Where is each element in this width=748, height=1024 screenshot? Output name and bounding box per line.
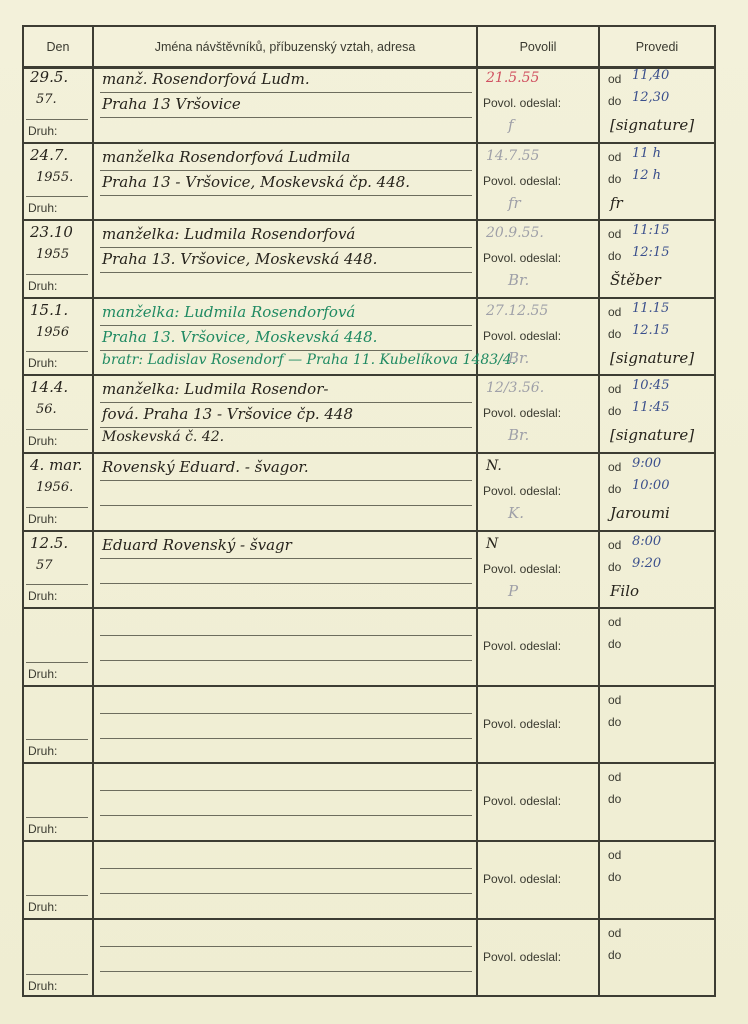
povolil-cell: N. Povol. odeslal: K. — [478, 454, 600, 530]
provedi-cell: od do 8:00 9:20 Filo — [600, 532, 714, 608]
povol-odeslal-label: Povol. odeslal: — [483, 717, 561, 731]
den-cell: 23.10 1955 Druh: — [24, 221, 94, 297]
den-cell: 14.4. 56. Druh: — [24, 376, 94, 452]
approver-initials: Br. — [508, 271, 529, 289]
povolil-cell: Povol. odeslal: — [478, 920, 600, 998]
provedi-cell: od do 11:15 12:15 Štěber — [600, 221, 714, 297]
od-label: od — [608, 770, 621, 784]
time-from: 11.15 — [632, 301, 669, 316]
od-label: od — [608, 72, 621, 86]
time-from: 8:00 — [632, 534, 661, 549]
druh-label: Druh: — [28, 667, 57, 681]
den-cell: Druh: — [24, 687, 94, 763]
visitor-line-1: Eduard Rovenský - švagr — [102, 536, 292, 554]
ruled-line — [100, 558, 472, 559]
visit-day: 29.5. — [30, 68, 68, 86]
ruled-line — [100, 350, 472, 351]
do-label: do — [608, 404, 621, 418]
ruled-line — [100, 427, 472, 428]
ruled-line — [100, 583, 472, 584]
od-label: od — [608, 693, 621, 707]
header-povolil: Povolil — [478, 27, 600, 66]
provedi-cell: od do — [600, 842, 714, 918]
visits-table: Den Jména návštěvníků, příbuzenský vztah… — [22, 25, 716, 997]
names-cell: manželka Rosendorfová Ludmila Praha 13 -… — [94, 144, 478, 220]
approval-date: 20.9.55. — [486, 225, 544, 241]
header-names: Jména návštěvníků, příbuzenský vztah, ad… — [94, 27, 478, 66]
approval-date: 14.7.55 — [486, 148, 539, 164]
den-cell: Druh: — [24, 609, 94, 685]
provedi-cell: od do — [600, 609, 714, 685]
provedi-cell: od do 10:45 11:45 [signature] — [600, 376, 714, 452]
time-to: 11:45 — [632, 400, 669, 415]
divider — [26, 429, 88, 430]
ruled-line — [100, 402, 472, 403]
visit-day: 14.4. — [30, 378, 68, 396]
ruled-line — [100, 272, 472, 273]
ruled-line — [100, 92, 472, 93]
visit-day: 4. mar. — [30, 456, 83, 474]
names-cell: manž. Rosendorfová Ludm. Praha 13 Vršovi… — [94, 66, 478, 142]
do-label: do — [608, 94, 621, 108]
do-label: do — [608, 560, 621, 574]
visitor-line-3: bratr: Ladislav Rosendorf — Praha 11. Ku… — [102, 352, 516, 368]
names-cell — [94, 609, 478, 685]
od-label: od — [608, 615, 621, 629]
povolil-cell: N Povol. odeslal: P — [478, 532, 600, 608]
divider — [26, 119, 88, 120]
povolil-cell: Povol. odeslal: — [478, 842, 600, 918]
visit-day: 12.5. — [30, 534, 68, 552]
visit-year: 56. — [36, 402, 57, 417]
approver-initials: Br. — [508, 426, 529, 444]
table-header: Den Jména návštěvníků, příbuzenský vztah… — [24, 27, 714, 69]
divider — [26, 662, 88, 663]
approval-date: N — [486, 536, 498, 552]
den-cell: 15.1. 1956 Druh: — [24, 299, 94, 375]
povolil-cell: Povol. odeslal: — [478, 609, 600, 685]
table-row: Druh: Povol. odeslal: od do — [24, 764, 714, 842]
time-from: 9:00 — [632, 456, 661, 471]
visitor-line-2: Praha 13 Vršovice — [102, 95, 241, 113]
den-cell: Druh: — [24, 920, 94, 998]
names-cell: manželka: Ludmila Rosendorfová Praha 13.… — [94, 299, 478, 375]
officer-signature: Filo — [610, 582, 639, 600]
time-to: 12 h — [632, 168, 661, 183]
do-label: do — [608, 637, 621, 651]
druh-label: Druh: — [28, 434, 57, 448]
od-label: od — [608, 460, 621, 474]
names-cell: manželka: Ludmila Rosendor- fová. Praha … — [94, 376, 478, 452]
divider — [26, 739, 88, 740]
approval-date: N. — [486, 458, 502, 474]
visit-year: 1956 — [36, 325, 69, 340]
ruled-line — [100, 868, 472, 869]
povol-odeslal-label: Povol. odeslal: — [483, 639, 561, 653]
names-cell: Rovenský Eduard. - švagor. — [94, 454, 478, 530]
visitor-line-1: manželka: Ludmila Rosendor- — [102, 380, 328, 398]
approver-initials: K. — [508, 504, 524, 522]
visitor-line-1: manž. Rosendorfová Ludm. — [102, 70, 310, 88]
povolil-cell: Povol. odeslal: — [478, 764, 600, 840]
povolil-cell: 12/3.56. Povol. odeslal: Br. — [478, 376, 600, 452]
od-label: od — [608, 150, 621, 164]
ruled-line — [100, 738, 472, 739]
time-to: 12.15 — [632, 323, 669, 338]
ruled-line — [100, 117, 472, 118]
divider — [26, 974, 88, 975]
druh-label: Druh: — [28, 589, 57, 603]
ruled-line — [100, 247, 472, 248]
druh-label: Druh: — [28, 900, 57, 914]
visitor-line-1: manželka Rosendorfová Ludmila — [102, 148, 350, 166]
druh-label: Druh: — [28, 356, 57, 370]
time-from: 11:15 — [632, 223, 669, 238]
druh-label: Druh: — [28, 201, 57, 215]
officer-signature: [signature] — [610, 426, 694, 444]
approver-initials: f — [508, 116, 514, 134]
time-to: 9:20 — [632, 556, 661, 571]
table-row: 29.5. 57. Druh: manž. Rosendorfová Ludm.… — [24, 66, 714, 144]
do-label: do — [608, 482, 621, 496]
povol-odeslal-label: Povol. odeslal: — [483, 174, 561, 188]
povol-odeslal-label: Povol. odeslal: — [483, 950, 561, 964]
do-label: do — [608, 870, 621, 884]
den-cell: 29.5. 57. Druh: — [24, 66, 94, 142]
officer-signature: [signature] — [610, 116, 694, 134]
do-label: do — [608, 792, 621, 806]
table-row: 12.5. 57 Druh: Eduard Rovenský - švagr N… — [24, 532, 714, 610]
visitor-line-1: Rovenský Eduard. - švagor. — [102, 458, 309, 476]
divider — [26, 196, 88, 197]
den-cell: 4. mar. 1956. Druh: — [24, 454, 94, 530]
povol-odeslal-label: Povol. odeslal: — [483, 406, 561, 420]
povol-odeslal-label: Povol. odeslal: — [483, 251, 561, 265]
povol-odeslal-label: Povol. odeslal: — [483, 96, 561, 110]
ruled-line — [100, 635, 472, 636]
table-row: 4. mar. 1956. Druh: Rovenský Eduard. - š… — [24, 454, 714, 532]
provedi-cell: od do — [600, 920, 714, 998]
names-cell: manželka: Ludmila Rosendorfová Praha 13.… — [94, 221, 478, 297]
visit-day: 15.1. — [30, 301, 68, 319]
approval-date: 21.5.55 — [486, 70, 539, 86]
povol-odeslal-label: Povol. odeslal: — [483, 484, 561, 498]
druh-label: Druh: — [28, 979, 57, 993]
approver-initials: fr — [508, 194, 521, 212]
den-cell: 24.7. 1955. Druh: — [24, 144, 94, 220]
ruled-line — [100, 505, 472, 506]
names-cell — [94, 842, 478, 918]
povol-odeslal-label: Povol. odeslal: — [483, 562, 561, 576]
ruled-line — [100, 946, 472, 947]
ruled-line — [100, 480, 472, 481]
visit-year: 57 — [36, 558, 53, 573]
officer-signature: fr — [610, 194, 623, 212]
officer-signature: Jaroumi — [610, 504, 670, 522]
od-label: od — [608, 926, 621, 940]
time-to: 12:15 — [632, 245, 669, 260]
od-label: od — [608, 382, 621, 396]
od-label: od — [608, 227, 621, 241]
approver-initials: Br. — [508, 349, 529, 367]
table-row: Druh: Povol. odeslal: od do — [24, 842, 714, 920]
visitor-line-3: Moskevská č. 42. — [102, 429, 224, 445]
provedi-cell: od do 11,40 12,30 [signature] — [600, 66, 714, 142]
den-cell: Druh: — [24, 842, 94, 918]
divider — [26, 507, 88, 508]
time-to: 12,30 — [632, 90, 669, 105]
od-label: od — [608, 305, 621, 319]
visitor-line-2: fová. Praha 13 - Vršovice čp. 448 — [102, 405, 353, 423]
header-provedi: Provedi — [600, 27, 714, 66]
table-body: 29.5. 57. Druh: manž. Rosendorfová Ludm.… — [24, 66, 714, 997]
ruled-line — [100, 713, 472, 714]
ruled-line — [100, 893, 472, 894]
provedi-cell: od do — [600, 764, 714, 840]
povolil-cell: 27.12.55 Povol. odeslal: Br. — [478, 299, 600, 375]
ruled-line — [100, 971, 472, 972]
officer-signature: [signature] — [610, 349, 694, 367]
table-row: Druh: Povol. odeslal: od do — [24, 609, 714, 687]
provedi-cell: od do 11.15 12.15 [signature] — [600, 299, 714, 375]
den-cell: Druh: — [24, 764, 94, 840]
ruled-line — [100, 325, 472, 326]
approval-date: 27.12.55 — [486, 303, 548, 319]
povolil-cell: 14.7.55 Povol. odeslal: fr — [478, 144, 600, 220]
divider — [26, 584, 88, 585]
do-label: do — [608, 249, 621, 263]
visitor-line-2: Praha 13. Vršovice, Moskevská 448. — [102, 250, 377, 268]
do-label: do — [608, 172, 621, 186]
do-label: do — [608, 948, 621, 962]
time-from: 11 h — [632, 146, 661, 161]
druh-label: Druh: — [28, 512, 57, 526]
povol-odeslal-label: Povol. odeslal: — [483, 794, 561, 808]
visitor-line-2: Praha 13 - Vršovice, Moskevská čp. 448. — [102, 173, 410, 191]
table-row: 15.1. 1956 Druh: manželka: Ludmila Rosen… — [24, 299, 714, 377]
visit-year: 1955. — [36, 170, 73, 185]
table-row: Druh: Povol. odeslal: od do — [24, 920, 714, 998]
table-row: 23.10 1955 Druh: manželka: Ludmila Rosen… — [24, 221, 714, 299]
time-from: 10:45 — [632, 378, 669, 393]
ruled-line — [100, 195, 472, 196]
od-label: od — [608, 538, 621, 552]
ruled-line — [100, 660, 472, 661]
ruled-line — [100, 815, 472, 816]
visit-year: 1955 — [36, 247, 69, 262]
ruled-line — [100, 790, 472, 791]
names-cell: Eduard Rovenský - švagr — [94, 532, 478, 608]
table-row: 14.4. 56. Druh: manželka: Ludmila Rosend… — [24, 376, 714, 454]
divider — [26, 351, 88, 352]
do-label: do — [608, 327, 621, 341]
provedi-cell: od do 11 h 12 h fr — [600, 144, 714, 220]
divider — [26, 817, 88, 818]
header-den: Den — [24, 27, 94, 66]
officer-signature: Štěber — [610, 271, 661, 289]
druh-label: Druh: — [28, 124, 57, 138]
povolil-cell: Povol. odeslal: — [478, 687, 600, 763]
approval-date: 12/3.56. — [486, 380, 544, 396]
visitor-line-1: manželka: Ludmila Rosendorfová — [102, 225, 355, 243]
druh-label: Druh: — [28, 279, 57, 293]
visit-year: 1956. — [36, 480, 73, 495]
names-cell — [94, 920, 478, 998]
od-label: od — [608, 848, 621, 862]
divider — [26, 274, 88, 275]
divider — [26, 895, 88, 896]
povolil-cell: 21.5.55 Povol. odeslal: f — [478, 66, 600, 142]
visitor-line-2: Praha 13. Vršovice, Moskevská 448. — [102, 328, 377, 346]
provedi-cell: od do 9:00 10:00 Jaroumi — [600, 454, 714, 530]
den-cell: 12.5. 57 Druh: — [24, 532, 94, 608]
visit-day: 24.7. — [30, 146, 68, 164]
table-row: 24.7. 1955. Druh: manželka Rosendorfová … — [24, 144, 714, 222]
ruled-line — [100, 170, 472, 171]
visitor-record-card: Den Jména návštěvníků, příbuzenský vztah… — [0, 0, 748, 1024]
do-label: do — [608, 715, 621, 729]
druh-label: Druh: — [28, 822, 57, 836]
names-cell — [94, 687, 478, 763]
time-from: 11,40 — [632, 68, 669, 83]
visit-year: 57. — [36, 92, 57, 107]
druh-label: Druh: — [28, 744, 57, 758]
table-row: Druh: Povol. odeslal: od do — [24, 687, 714, 765]
time-to: 10:00 — [632, 478, 669, 493]
visitor-line-1: manželka: Ludmila Rosendorfová — [102, 303, 355, 321]
visit-day: 23.10 — [30, 223, 73, 241]
approver-initials: P — [508, 582, 518, 600]
povolil-cell: 20.9.55. Povol. odeslal: Br. — [478, 221, 600, 297]
povol-odeslal-label: Povol. odeslal: — [483, 872, 561, 886]
provedi-cell: od do — [600, 687, 714, 763]
names-cell — [94, 764, 478, 840]
povol-odeslal-label: Povol. odeslal: — [483, 329, 561, 343]
